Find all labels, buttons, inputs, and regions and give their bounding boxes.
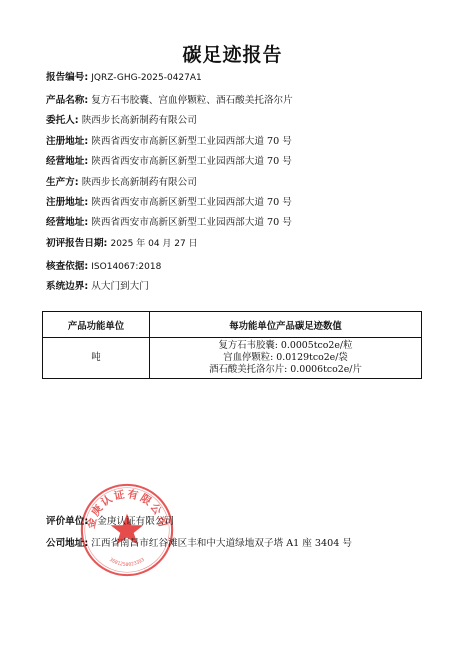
field-label: 经营地址: <box>46 156 88 167</box>
field-product-name: 产品名称: 复方石韦胶囊、宫血停颗粒、酒石酸美托洛尔片 <box>46 95 293 107</box>
field-value: 陕西省西安市高新区新型工业园西部大道 70 号 <box>91 136 292 147</box>
field-label: 产品名称: <box>46 95 88 106</box>
report-title: 碳足迹报告 <box>0 40 465 67</box>
field-label: 注册地址: <box>46 197 88 208</box>
field-producer: 生产方: 陕西步长高新制药有限公司 <box>46 177 197 189</box>
field-initial-report-date: 初评报告日期: 2025 年 04 月 27 日 <box>46 238 198 250</box>
field-verification-basis: 核查依据: ISO14067:2018 <box>46 261 161 273</box>
field-label: 评价单位: <box>46 516 88 527</box>
table-header-row: 产品功能单位 每功能单位产品碳足迹数值 <box>43 312 422 338</box>
field-value: 陕西步长高新制药有限公司 <box>82 177 197 188</box>
field-value: 复方石韦胶囊、宫血停颗粒、酒石酸美托洛尔片 <box>91 95 292 106</box>
field-producer-business-address: 经营地址: 陕西省西安市高新区新型工业园西部大道 70 号 <box>46 217 292 229</box>
field-client: 委托人: 陕西步长高新制药有限公司 <box>46 115 197 127</box>
carbon-footprint-table: 产品功能单位 每功能单位产品碳足迹数值 吨 复方石韦胶囊: 0.0005tco2… <box>42 311 422 379</box>
field-client-business-address: 经营地址: 陕西省西安市高新区新型工业园西部大道 70 号 <box>46 156 292 168</box>
field-label: 初评报告日期: <box>46 238 107 249</box>
header-functional-unit: 产品功能单位 <box>43 312 150 338</box>
official-seal-icon: 金庚认证有限公司 3601250023393 <box>79 482 175 578</box>
cell-functional-unit: 吨 <box>43 338 150 379</box>
field-value: JQRZ-GHG-2025-0427A1 <box>91 73 201 83</box>
field-value: ISO14067:2018 <box>91 262 161 272</box>
field-value: 从大门到大门 <box>91 281 149 292</box>
field-label: 公司地址: <box>46 538 88 549</box>
footprint-value-line: 宫血停颗粒: 0.0129tco2e/袋 <box>150 352 421 364</box>
field-value: 金庚认证有限公司 <box>97 516 174 527</box>
field-company-address: 公司地址: 江西省南昌市红谷滩区丰和中大道绿地双子塔 A1 座 3404 号 <box>46 538 352 550</box>
field-value: 陕西省西安市高新区新型工业园西部大道 70 号 <box>91 156 292 167</box>
field-evaluation-org: 评价单位: 金庚认证有限公司 <box>46 516 174 528</box>
field-value: 陕西省西安市高新区新型工业园西部大道 70 号 <box>91 217 292 228</box>
field-label: 注册地址: <box>46 136 88 147</box>
table-row: 吨 复方石韦胶囊: 0.0005tco2e/粒 宫血停颗粒: 0.0129tco… <box>43 338 422 379</box>
svg-text:3601250023393: 3601250023393 <box>108 557 146 568</box>
field-value: 江西省南昌市红谷滩区丰和中大道绿地双子塔 A1 座 3404 号 <box>91 538 352 549</box>
header-footprint-value: 每功能单位产品碳足迹数值 <box>150 312 422 338</box>
field-client-registered-address: 注册地址: 陕西省西安市高新区新型工业园西部大道 70 号 <box>46 136 292 148</box>
footprint-value-line: 酒石酸美托洛尔片: 0.0006tco2e/片 <box>150 364 421 376</box>
field-producer-registered-address: 注册地址: 陕西省西安市高新区新型工业园西部大道 70 号 <box>46 197 292 209</box>
cell-footprint-values: 复方石韦胶囊: 0.0005tco2e/粒 宫血停颗粒: 0.0129tco2e… <box>150 338 422 379</box>
field-label: 报告编号: <box>46 72 88 83</box>
field-value: 2025 年 04 月 27 日 <box>110 239 197 249</box>
field-label: 委托人: <box>46 115 79 126</box>
field-value: 陕西省西安市高新区新型工业园西部大道 70 号 <box>91 197 292 208</box>
field-label: 系统边界: <box>46 281 88 292</box>
field-value: 陕西步长高新制药有限公司 <box>82 115 197 126</box>
field-label: 核查依据: <box>46 261 88 272</box>
field-label: 经营地址: <box>46 217 88 228</box>
field-label: 生产方: <box>46 177 79 188</box>
field-system-boundary: 系统边界: 从大门到大门 <box>46 281 149 293</box>
footprint-value-line: 复方石韦胶囊: 0.0005tco2e/粒 <box>150 340 421 352</box>
field-report-number: 报告编号: JQRZ-GHG-2025-0427A1 <box>46 72 202 84</box>
